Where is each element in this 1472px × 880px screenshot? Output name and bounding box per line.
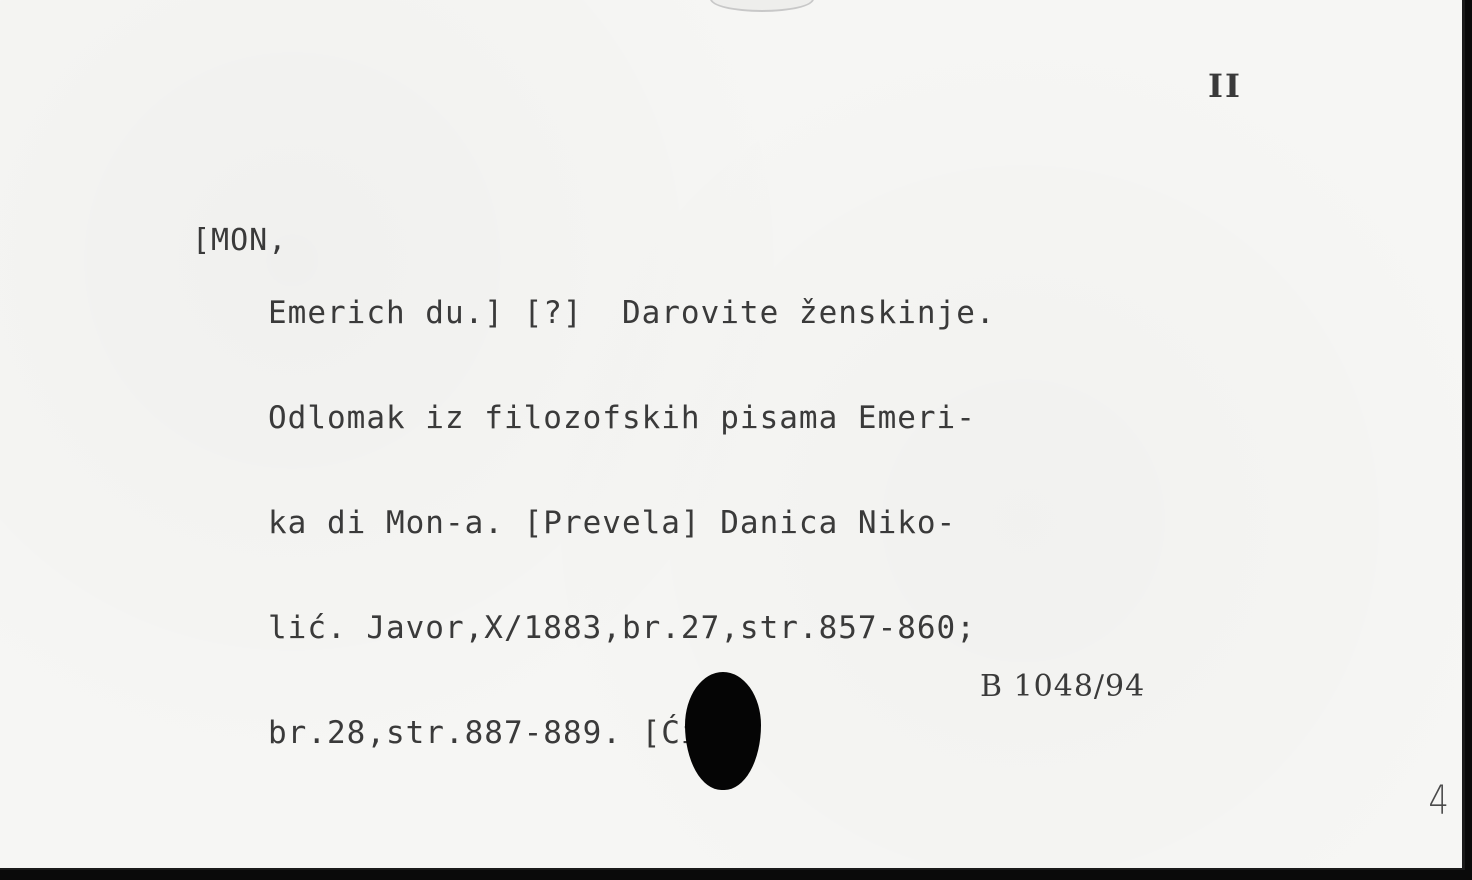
- entry-line-1: Emerich du.] [?] Darovite ženskinje.: [268, 296, 996, 331]
- call-number: B 1048/94: [980, 672, 1145, 702]
- card-sequence-number: II: [1208, 70, 1242, 102]
- handwritten-mark: 4: [1429, 778, 1449, 824]
- entry-line-4: lić. Javor,X/1883,br.27,str.857-860;: [268, 611, 996, 646]
- bibliographic-entry: Emerich du.] [?] Darovite ženskinje. Odl…: [268, 226, 996, 821]
- catalog-card: II [MON, Emerich du.] [?] Darovite žensk…: [0, 0, 1465, 870]
- entry-line-3: ka di Mon-a. [Prevela] Danica Niko-: [268, 506, 996, 541]
- card-top-notch: [710, 0, 814, 12]
- entry-line-5: br.28,str.887-889. [Ćir.]: [268, 716, 996, 751]
- entry-line-2: Odlomak iz filozofskih pisama Emeri-: [268, 401, 996, 436]
